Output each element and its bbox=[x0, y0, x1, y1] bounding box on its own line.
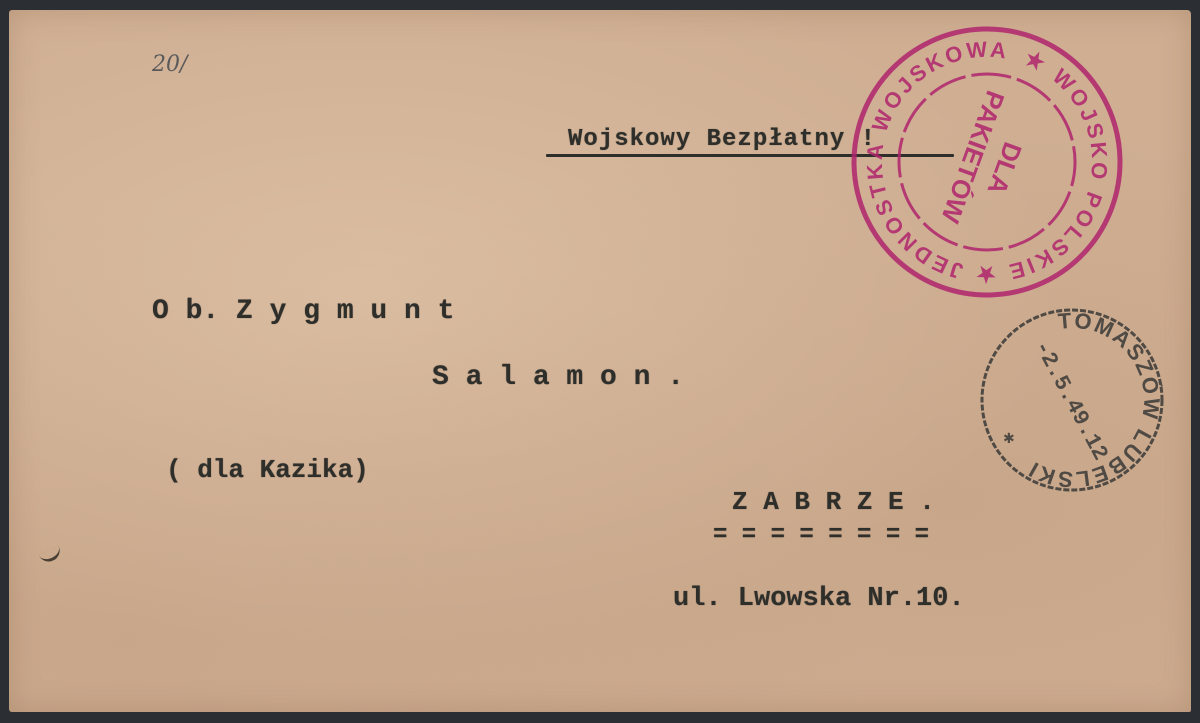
postmark-date: -2.5.49.12 bbox=[1029, 337, 1113, 465]
svg-text:TOMASZÓW LUBELSKI: TOMASZÓW LUBELSKI bbox=[1023, 308, 1165, 493]
recipient-city-underline: = = = = = = = = bbox=[713, 522, 929, 549]
postmark-location: TOMASZÓW LUBELSKI bbox=[1023, 308, 1165, 493]
postmark-star-icon: ✱ bbox=[1003, 430, 1015, 446]
recipient-city: Z A B R Z E . bbox=[732, 487, 935, 517]
recipient-name-line1: O b. Z y g m u n t bbox=[152, 296, 454, 327]
recipient-street: ul. Lwowska Nr.10. bbox=[673, 584, 965, 614]
recipient-note: ( dla Kazika) bbox=[166, 455, 369, 485]
service-marking: Wojskowy Bezpłatny ! bbox=[568, 126, 876, 153]
military-stamp: ★ WOJSKO POLSKIE ★ JEDNOSTKA WOJSKOWA DL… bbox=[845, 20, 1130, 305]
pencil-note: 20/ bbox=[152, 52, 187, 77]
recipient-name-line2: S a l a m o n . bbox=[432, 362, 684, 393]
postmark: TOMASZÓW LUBELSKI -2.5.49.12 ✱ bbox=[975, 303, 1170, 498]
